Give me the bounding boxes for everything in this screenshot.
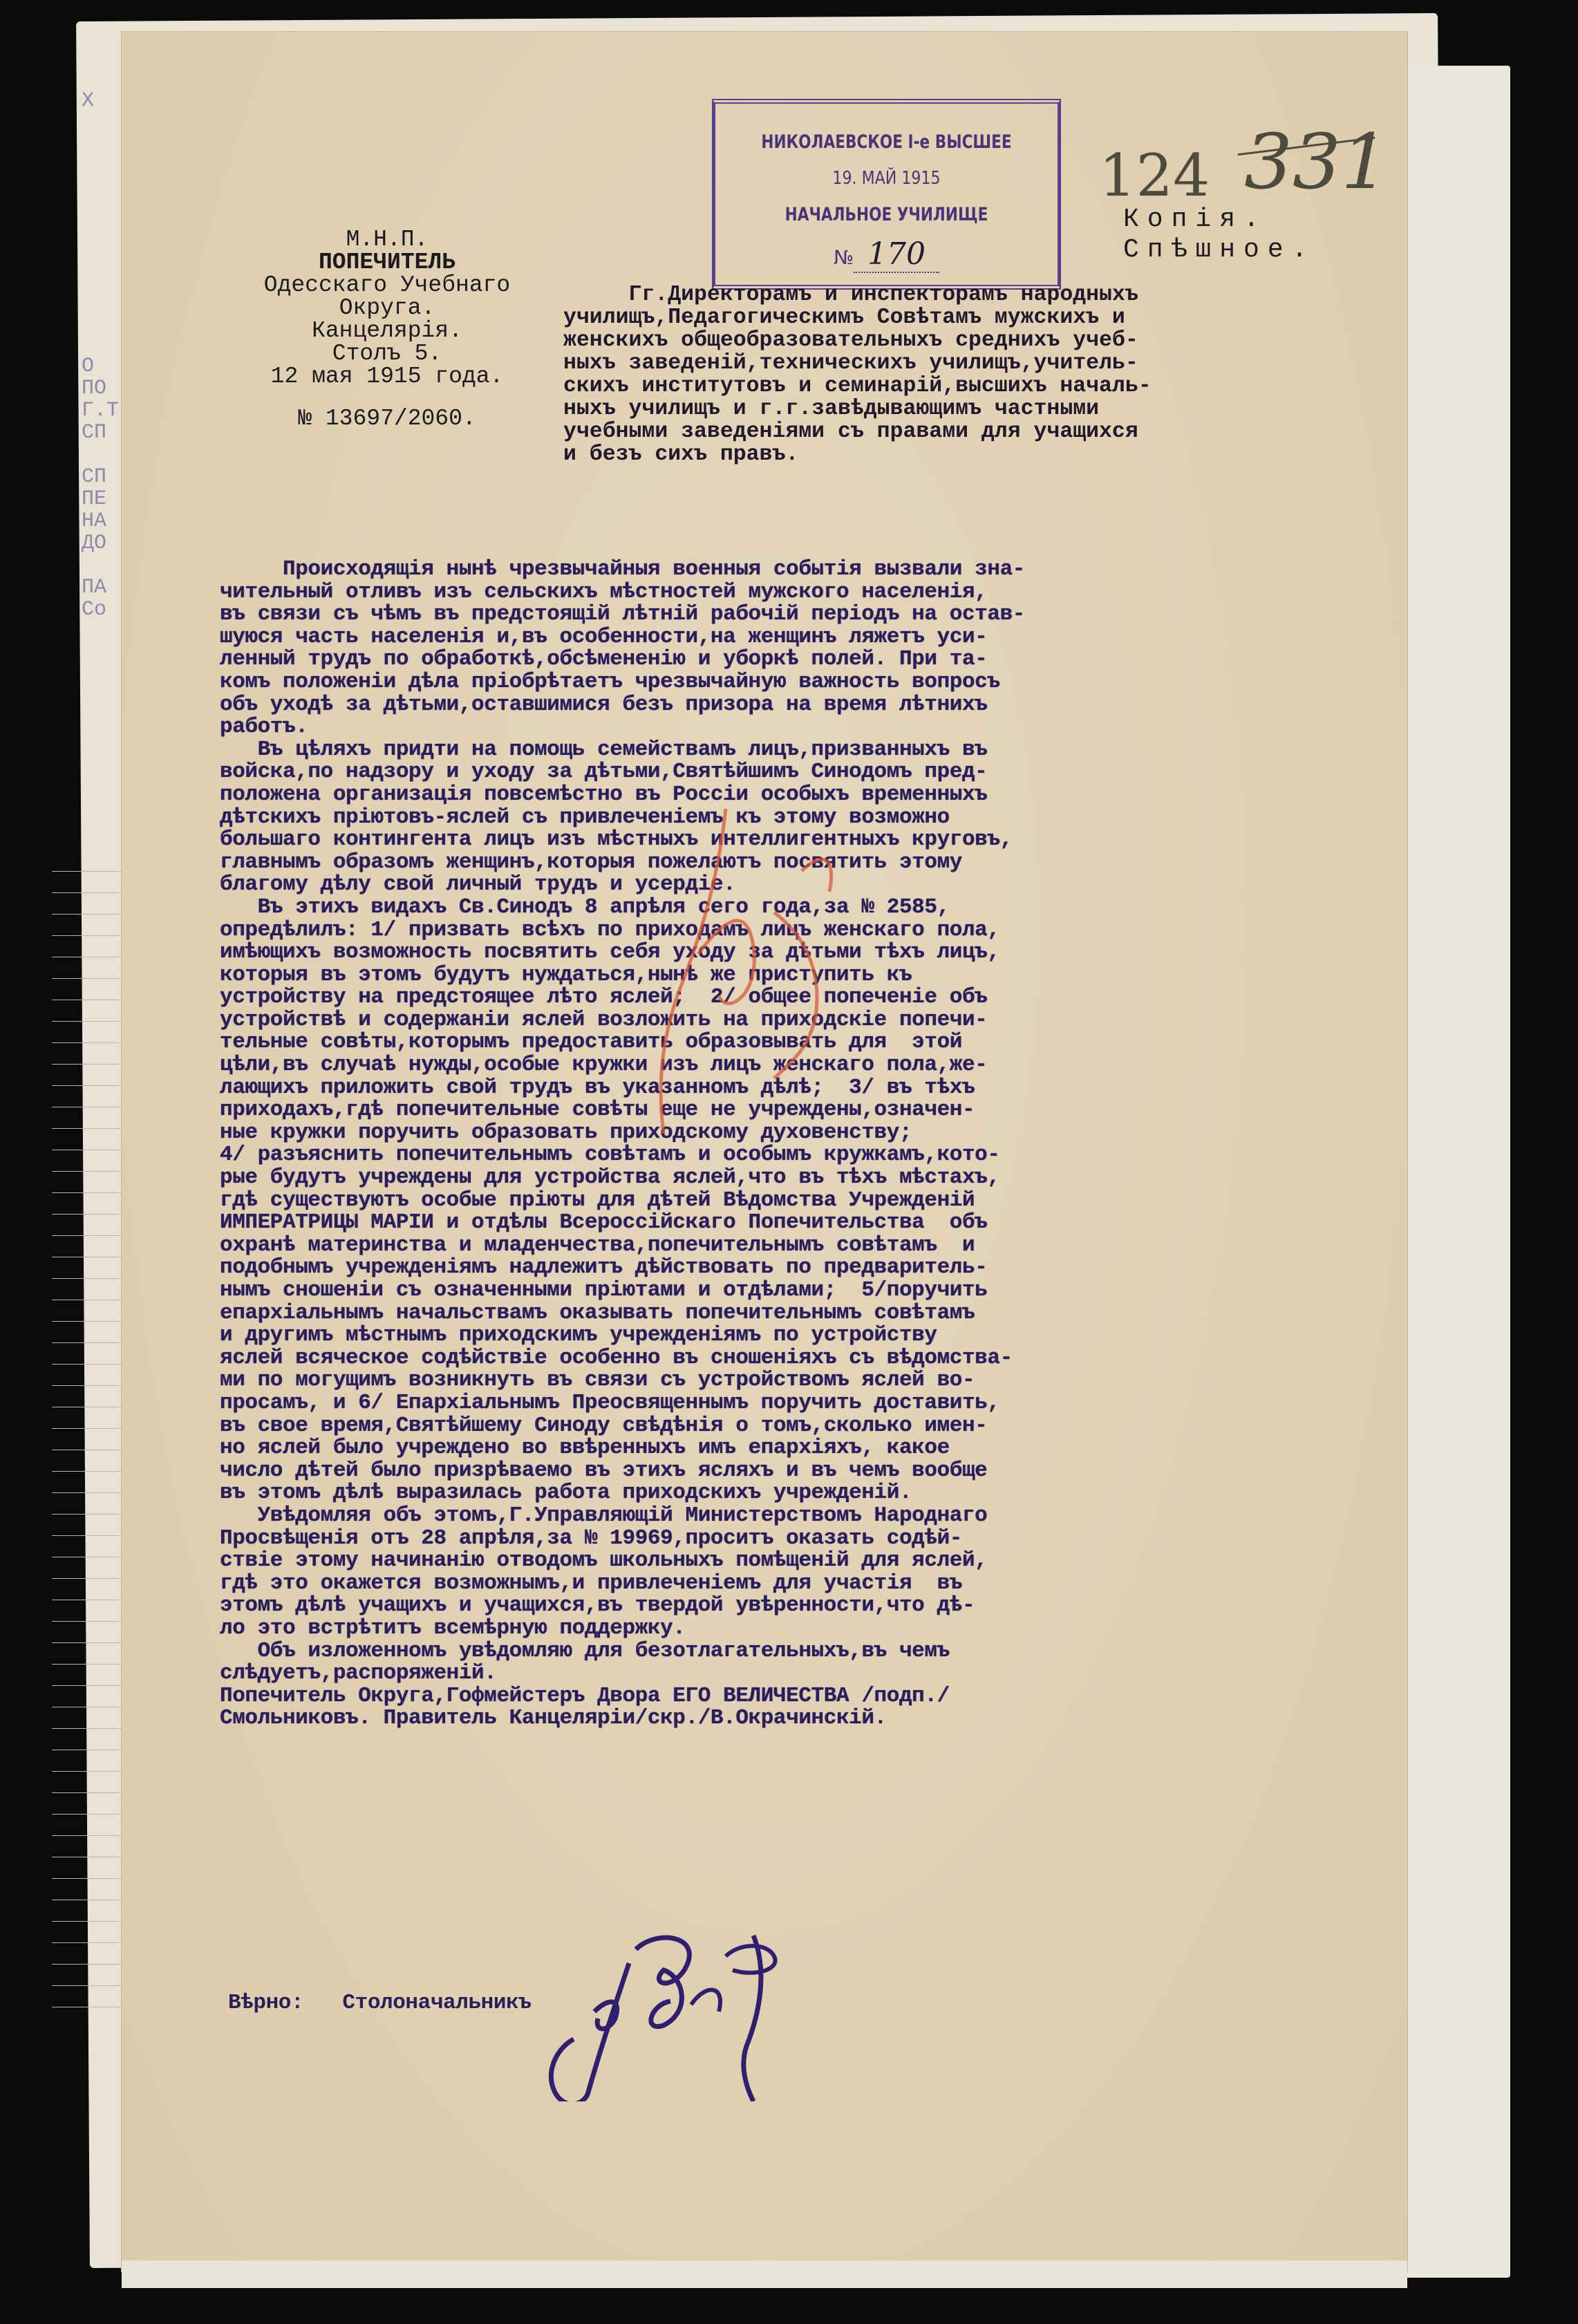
handwritten-old-folio-number: 331 — [1244, 118, 1389, 206]
body-line: Происходящія нынѣ чрезвычайныя военныя с… — [220, 559, 1353, 581]
body-line: чительный отливъ изъ сельскихъ мѣстносте… — [220, 581, 1353, 604]
document-marks: Копія. Спѣшное. — [1123, 205, 1315, 265]
addressee-line: скихъ институтовъ и семинарій,высшихъ на… — [563, 375, 1358, 397]
stamp-school-name: НИКОЛАЕВСКОЕ I-е ВЫСШЕЕ — [750, 131, 1024, 153]
body-line: гдѣ это окажется возможнымъ,и привлечені… — [220, 1573, 1353, 1595]
addressee-block: Гг.Директорамъ и инспекторамъ народныхъ … — [563, 283, 1358, 466]
body-line: подобнымъ учрежденіямъ надлежитъ дѣйство… — [220, 1257, 1353, 1280]
body-line: шуюся часть населенія и,въ особенности,н… — [220, 626, 1353, 649]
red-pencil-annotation — [615, 788, 892, 1147]
registration-number: № 13697/2060. — [207, 407, 567, 430]
body-line: охранѣ материнства и младенчества,попечи… — [220, 1235, 1353, 1257]
sender-district-1: Одесскаго Учебнаго — [207, 274, 567, 297]
body-line: епархіальнымъ начальствамъ оказывать поп… — [220, 1302, 1353, 1325]
addressee-line: и безъ сихъ правъ. — [563, 443, 1358, 466]
sender-ministry: М.Н.П. — [207, 228, 567, 251]
stamp-number-row: №170 — [715, 236, 1058, 272]
urgent-mark: Спѣшное. — [1123, 235, 1315, 265]
ruled-paper-edge — [52, 850, 121, 2025]
body-line: гдѣ существуютъ особые пріюты для дѣтей … — [220, 1190, 1353, 1212]
copy-mark: Копія. — [1123, 205, 1315, 235]
body-line: и другимъ мѣстнымъ приходскимъ учреждені… — [220, 1324, 1353, 1347]
body-line: число дѣтей было призрѣваемо въ этихъ яс… — [220, 1460, 1353, 1483]
handwritten-folio-number: 124 — [1099, 142, 1210, 209]
addressee-line: ныхъ училищъ и г.г.завѣдывающимъ частным… — [563, 397, 1358, 420]
school-registration-stamp: НИКОЛАЕВСКОЕ I-е ВЫСШЕЕ 19. МАЙ 1915 НАЧ… — [712, 99, 1061, 290]
stamp-date: 19. МАЙ 1915 — [741, 168, 1032, 189]
body-line: работъ. — [220, 716, 1353, 739]
body-line: ленный трудъ по обработкѣ,обсѣмененію и … — [220, 648, 1353, 671]
addressee-line: Гг.Директорамъ и инспекторамъ народныхъ — [563, 283, 1358, 306]
body-line: ствіе этому начинанію отводомъ школьныхъ… — [220, 1550, 1353, 1573]
body-line: 4/ разъяснить попечительнымъ совѣтамъ и … — [220, 1144, 1353, 1167]
body-line: рые будутъ учреждены для устройства ясле… — [220, 1167, 1353, 1190]
certification-line: Вѣрно: Столоначальникъ — [228, 1991, 557, 2015]
body-line: но яслей было учреждено во ввѣренныхъ им… — [220, 1437, 1353, 1460]
certifier-role: Столоначальникъ — [342, 1991, 531, 2015]
body-line: Смольниковъ. Правитель Канцеляріи/скр./В… — [220, 1707, 1353, 1730]
page-bottom-edge — [122, 2260, 1407, 2288]
certified-label: Вѣрно: — [228, 1991, 303, 2015]
body-line: объ уходѣ за дѣтьми,оставшимися безъ при… — [220, 694, 1353, 717]
sender-block: М.Н.П. ПОПЕЧИТЕЛЬ Одесскаго Учебнаго Окр… — [207, 228, 567, 430]
sender-desk: Столъ 5. — [207, 342, 567, 365]
body-line: комъ положеніи дѣла пріобрѣтаетъ чрезвыч… — [220, 671, 1353, 694]
body-line: Попечитель Округа,Гофмейстеръ Двора ЕГО … — [220, 1685, 1353, 1708]
body-line: войска,по надзору и уходу за дѣтьми,Свят… — [220, 761, 1353, 784]
stamp-number-label: № — [834, 246, 854, 269]
body-line: Въ цѣляхъ придти на помощь семействамъ л… — [220, 739, 1353, 762]
body-line: въ этомъ дѣлѣ выразилась работа приходск… — [220, 1482, 1353, 1505]
stamp-school-type: НАЧАЛЬНОЕ УЧИЛИЩЕ — [750, 204, 1024, 225]
stamp-number-value: 170 — [854, 236, 939, 273]
body-line: нымъ сношеніи съ означенными пріютами и … — [220, 1280, 1353, 1302]
sender-title: ПОПЕЧИТЕЛЬ — [207, 251, 567, 274]
body-line: въ связи съ чѣмъ въ предстоящій лѣтній р… — [220, 603, 1353, 626]
body-line: Просвѣщенія отъ 28 апрѣля,за № 19969,про… — [220, 1528, 1353, 1550]
body-line: просамъ, и 6/ Епархіальнымъ Преосвященны… — [220, 1392, 1353, 1415]
sender-date: 12 мая 1915 года. — [207, 365, 567, 388]
body-line: ло это встрѣтитъ всемѣрную поддержку. — [220, 1618, 1353, 1640]
body-line: Увѣдомляя объ этомъ,Г.Управляющій Минист… — [220, 1505, 1353, 1528]
body-line: ми по могущимъ возникнуть въ связи съ ус… — [220, 1369, 1353, 1392]
body-line: въ свое время,Святѣйшему Синоду свѣдѣнія… — [220, 1415, 1353, 1438]
body-line: яслей всяческое содѣйствіе особенно въ с… — [220, 1347, 1353, 1370]
addressee-line: ныхъ заведеній,техническихъ училищъ,учит… — [563, 352, 1358, 375]
body-line: этомъ дѣлѣ учащихъ и учащихся,въ твердой… — [220, 1595, 1353, 1618]
addressee-line: женскихъ общеобразовательныхъ среднихъ у… — [563, 329, 1358, 352]
body-line: слѣдуетъ,распоряженій. — [220, 1662, 1353, 1685]
sender-district-2: Округа. — [207, 297, 567, 319]
addressee-line: учебными заведеніями съ правами для учащ… — [563, 420, 1358, 443]
body-line: ИМПЕРАТРИЦЫ МАРІИ и отдѣлы Всероссійскаг… — [220, 1212, 1353, 1235]
body-line: Объ изложенномъ увѣдомляю для безотлагат… — [220, 1640, 1353, 1663]
addressee-line: училищъ,Педагогическимъ Совѣтамъ мужских… — [563, 306, 1358, 329]
handwritten-signature — [546, 1929, 802, 2101]
sender-office: Канцелярія. — [207, 319, 567, 342]
